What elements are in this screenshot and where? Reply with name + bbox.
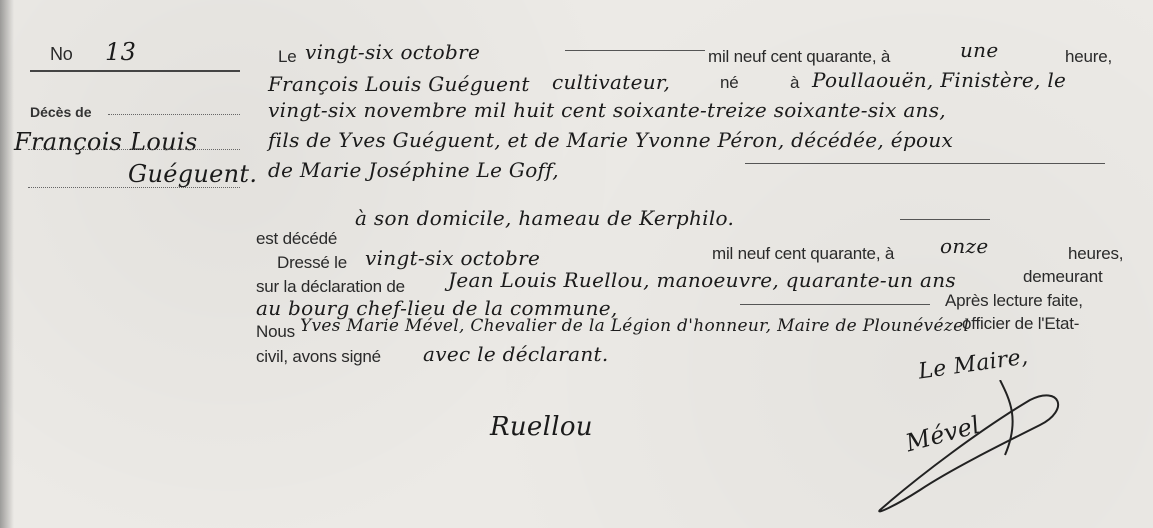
line11-hand: avec le déclarant. bbox=[423, 342, 609, 366]
line6-hand: à son domicile, hameau de Kerphilo. bbox=[355, 206, 734, 230]
page-edge-shadow bbox=[0, 0, 14, 528]
number-underline bbox=[30, 70, 240, 72]
number-label: No bbox=[50, 44, 73, 65]
dotted-line-1 bbox=[108, 114, 240, 115]
line1-hour: une bbox=[960, 38, 999, 62]
line2-name: François Louis Guéguent bbox=[268, 72, 530, 96]
mayor-title: Le Maire, bbox=[917, 344, 1030, 384]
line1-prefix: Le bbox=[278, 47, 297, 67]
filler-dash-2 bbox=[745, 163, 1105, 164]
line4: fils de Yves Guéguent, et de Marie Yvonn… bbox=[268, 128, 953, 152]
line7-print: Dressé le bbox=[277, 253, 347, 273]
line8-print: sur la déclaration de bbox=[256, 277, 405, 297]
act-number: 13 bbox=[105, 38, 136, 66]
filler-dash-1 bbox=[565, 50, 705, 51]
line7-print2: mil neuf cent quarante, à bbox=[712, 244, 894, 264]
line8-hand: Jean Louis Ruellou, manoeuvre, quarante-… bbox=[448, 268, 956, 292]
mayor-signature-flourish bbox=[860, 380, 1080, 520]
line7-suffix: heures, bbox=[1068, 244, 1123, 264]
line6-print: est décédé bbox=[256, 229, 337, 249]
line9-print: Après lecture faite, bbox=[945, 291, 1083, 311]
dotted-line-2 bbox=[28, 149, 240, 150]
line2-occupation: cultivateur, bbox=[552, 70, 670, 94]
line3: vingt-six novembre mil huit cent soixant… bbox=[268, 98, 946, 122]
declarant-signature: Ruellou bbox=[490, 412, 593, 442]
line7-hour: onze bbox=[940, 234, 989, 258]
deces-label: Décès de bbox=[30, 104, 91, 120]
line1-date: vingt-six octobre bbox=[305, 40, 480, 64]
line1-suffix: heure, bbox=[1065, 47, 1112, 67]
filler-dash-3 bbox=[900, 219, 990, 220]
dotted-line-3 bbox=[28, 187, 240, 188]
filler-dash-4 bbox=[740, 304, 930, 305]
deceased-surname: Guéguent. bbox=[128, 160, 257, 188]
line10-print2: officier de l'Etat- bbox=[962, 314, 1079, 334]
line10-hand: Yves Marie Mével, Chevalier de la Légion… bbox=[300, 316, 969, 336]
line2-print: né bbox=[720, 73, 739, 93]
line2-birth-prefix: à bbox=[790, 73, 799, 93]
line10-print: Nous bbox=[256, 322, 295, 342]
line8-print2: demeurant bbox=[1023, 267, 1102, 287]
deceased-first-names: François Louis bbox=[14, 128, 197, 156]
line5: de Marie Joséphine Le Goff, bbox=[268, 158, 559, 182]
line7-date: vingt-six octobre bbox=[365, 246, 540, 270]
line11-print: civil, avons signé bbox=[256, 347, 381, 367]
line1-print: mil neuf cent quarante, à bbox=[708, 47, 890, 67]
line2-birthplace: Poullaouën, Finistère, le bbox=[812, 68, 1066, 92]
